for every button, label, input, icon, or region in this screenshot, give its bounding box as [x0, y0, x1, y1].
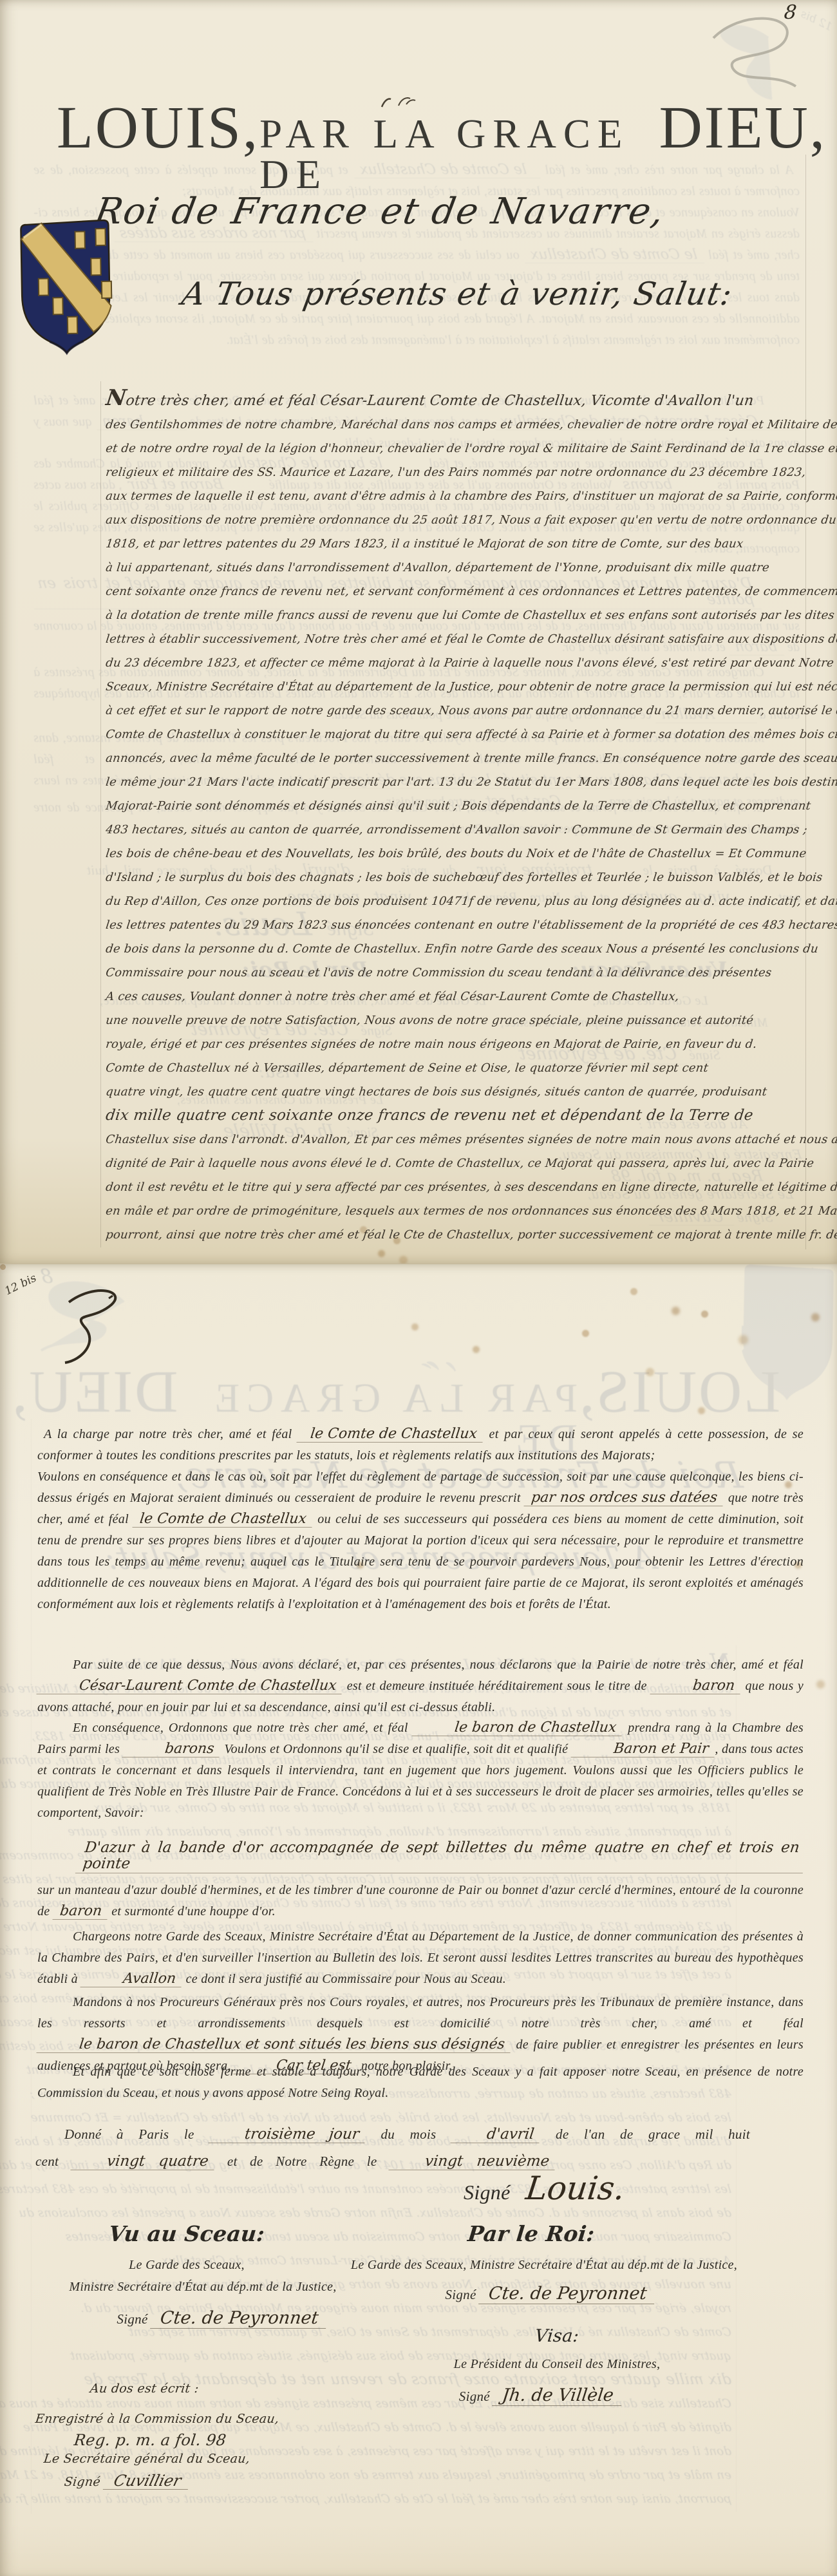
date-line: Donné à Paris le troisième jour du mois … — [35, 2121, 750, 2175]
page-1: 12 bis A la charge par notre très cher, … — [0, 0, 837, 1264]
peyronnet-signature-left: Signé Cte. de Peyronnet — [84, 2309, 361, 2330]
handwritten-insert: vingt quatre — [70, 2154, 216, 2170]
printed-text: Le Secrétaire général du Sceau, — [43, 2452, 251, 2466]
secretaire-sceau: Le Secrétaire général du Sceau, — [43, 2452, 264, 2467]
printed-text: Vu au Sceau: — [108, 2221, 266, 2246]
handwritten-insert: vingt neuvième — [388, 2154, 556, 2170]
president-conseil: Le Président du Conseil des Ministres, — [409, 2356, 705, 2372]
manuscript-line: Comte de Chastellux à constituer le majo… — [104, 723, 812, 746]
chargeons-paragraph: Chargeons notre Garde des Sceaux, Minist… — [37, 1926, 804, 1990]
registration-line: Enregistré à la Commission du Sceau, — [35, 2412, 281, 2427]
manuscript-line: Sceaux, Ministre Secrétaire d'État au dé… — [104, 675, 812, 699]
handwritten-insert: barons — [122, 1741, 222, 1757]
manuscript-line: de bois dans la personne du d. Comte de … — [104, 937, 812, 961]
ordonnons-paragraph: En conséquence, Ordonnons que notre très… — [37, 1718, 804, 1824]
declaration-paragraph: Par suite de ce que dessus, Nous avons d… — [37, 1654, 804, 1718]
manuscript-line: Commissaire pour nous au sceau et l'avis… — [104, 961, 812, 985]
coat-of-arms-chastellux — [17, 219, 115, 355]
manuscript-line: et de notre ordre royal de la légion d'h… — [104, 437, 812, 460]
printed-text: Au dos est écrit : — [89, 2382, 200, 2396]
printed-text: Signé — [464, 2181, 516, 2204]
manuscript-line: annoncés, avec la même faculté de le por… — [104, 746, 812, 770]
title-louis: LOUIS, — [57, 98, 259, 158]
manuscript-line: des Gentilshommes de notre chambre, Maré… — [104, 413, 812, 437]
garde-sceaux-left: Le Garde des Sceaux, — [77, 2257, 296, 2273]
blazon-line: D'azur à la bande d'or accompagnée de se… — [77, 1840, 805, 1873]
printed-text: Enregistré à la Commission du Sceau, — [35, 2412, 280, 2426]
title-dieu: DIEU, — [659, 98, 827, 158]
manuscript-line: royale, érigé et par ces présentes signé… — [104, 1032, 812, 1056]
manuscript-line: dix mille quatre cent soixante onze fran… — [104, 1104, 812, 1128]
handwritten-insert: le baron de Chastellux et sont situés le… — [36, 2037, 512, 2053]
garde-sceaux-right: Le Garde des Sceaux, Ministre Secrétaire… — [348, 2257, 740, 2273]
manuscript-line: le même jour 21 Mars l'acte indicatif pr… — [104, 770, 812, 794]
royal-style-line: Roi de France et de Navarre, — [23, 192, 738, 232]
handwritten-insert: baron — [52, 1904, 109, 1920]
page-1-content: 8 LOUIS, PAR LA GRACE DE DIEU, Roi de Fr… — [0, 0, 837, 1264]
handwritten-insert: Cuvillier — [102, 2472, 191, 2490]
manuscript-line: pourront, ainsi que notre très cher amé … — [104, 1223, 812, 1247]
printed-text: Signé — [459, 2389, 494, 2404]
manuscript-line: 1818, et par lettres patentes du 29 Mars… — [104, 532, 812, 556]
handwritten-insert: Cte. de Peyronnet — [150, 2309, 328, 2329]
ministre-left: Ministre Secrétaire d'État au dép.mt de … — [19, 2279, 386, 2295]
printed-text: et surmonté d'une houppe d'or. — [108, 1904, 276, 1918]
handwritten-insert: Cte. de Peyronnet — [478, 2284, 657, 2304]
et-afin-paragraph: Et afin que ce soit chose ferme et stabl… — [37, 2061, 804, 2104]
manuscript-line: d'Island ; le surplus du bois des chagna… — [104, 866, 812, 889]
handwritten-insert: D'azur à la bande d'or accompagnée de se… — [75, 1840, 807, 1873]
printed-text: Le Président du Conseil des Ministres, — [454, 2357, 661, 2371]
printed-text: Le Garde des Sceaux, — [129, 2258, 245, 2272]
manuscript-line: Comte de Chastellux né à Versailles, dép… — [104, 1056, 812, 1080]
cuvillier-signature: Signé Cuvillier — [63, 2472, 232, 2490]
royal-title: LOUIS, PAR LA GRACE DE DIEU, — [57, 98, 827, 195]
manuscript-line: à cet effet et sur le rapport de notre g… — [104, 699, 812, 723]
printed-text: En conséquence, Ordonnons que notre très… — [73, 1721, 413, 1735]
handwritten-insert: Baron et Pair — [570, 1741, 716, 1757]
handwritten-insert: par nos ordces sus datées — [524, 1490, 725, 1506]
manuscript-line: aux dispositions de notre première ordon… — [104, 508, 812, 532]
manuscript-line: quatre vingt, les quatre cent quatre vin… — [104, 1080, 812, 1104]
royal-signature: Signé Louis. — [412, 2171, 682, 2206]
handwritten-insert: le Comte de Chastellux — [133, 1511, 314, 1528]
printed-text: Donné à Paris le — [64, 2126, 209, 2142]
printed-text: A la charge par notre très cher, amé et … — [44, 1427, 297, 1441]
handwritten-insert: troisième jour — [209, 2126, 367, 2143]
peyronnet-signature-right: Signé Cte. de Peyronnet — [425, 2284, 676, 2306]
printed-text: Le Garde des Sceaux, Ministre Secrétaire… — [351, 2258, 737, 2272]
charge-paragraph: A la charge par notre très cher, amé et … — [37, 1424, 804, 1466]
manuscript-line: Majorat-Pairie sont dénommés et désignés… — [104, 794, 812, 818]
page-2: 8 LOUIS, PAR LA GRACE DE DIEU, Roi de Fr… — [0, 1264, 837, 2576]
printed-text: ce dont il sera justifié au Commissaire … — [182, 1972, 506, 1986]
salutation-line: A Tous présents et à venir, Salut: — [113, 277, 802, 312]
printed-text: Signé — [117, 2311, 151, 2327]
printed-text: Par le Roi: — [467, 2221, 596, 2246]
manuscript-line: dignité de Pair à laquelle nous avons él… — [104, 1151, 812, 1175]
manuscript-line: une nouvelle preuve de notre Satisfactio… — [104, 1009, 812, 1032]
manuscript-line: les lettres patentes du 29 Mars 1823 sus… — [104, 913, 812, 937]
manuscript-line: Chastellux sise dans l'arrondt. d'Avallo… — [104, 1128, 812, 1151]
printed-text: Et afin que ce soit chose ferme et stabl… — [37, 2065, 804, 2100]
manuscript-line: 483 hectares, situés au canton de quarré… — [104, 818, 812, 842]
printed-text: Ministre Secrétaire d'État au dép.mt de … — [69, 2280, 336, 2294]
villele-signature: Signé Jh. de Villèle — [418, 2386, 663, 2407]
voulons-paragraph: Voulons en conséquence et dans le cas où… — [37, 1466, 804, 1615]
vu-au-sceau-title: Vu au Sceau: — [76, 2222, 297, 2246]
p2-blocks: A la charge par notre très cher, amé et … — [0, 1264, 837, 2576]
handwritten-insert: César-Laurent Comte de Chastellux — [36, 1678, 344, 1694]
printed-text: du mois — [366, 2126, 451, 2142]
printed-text: Par suite de ce que dessus, Nous avons d… — [73, 1658, 804, 1672]
handwritten-insert: le Comte de Chastellux — [297, 1426, 485, 1443]
printed-text: Signé — [445, 2287, 480, 2302]
handwritten-insert: le baron de Chastellux — [412, 1720, 624, 1736]
manuscript-line: aux termes de laquelle il est tenu, avan… — [104, 484, 812, 508]
printed-text: Mandons à nos Procureurs Généraux près n… — [37, 1995, 804, 2031]
manteau-paragraph: sur un manteau d'azur doublé d'hermines,… — [37, 1880, 804, 1922]
pencil-paraph — [695, 9, 811, 96]
manuscript-line: du 23 décembre 1823, et affecter ce même… — [104, 651, 812, 675]
manuscript-line: en mâle et par ordre de primogéniture, l… — [104, 1199, 812, 1223]
manuscript-line: A ces causes, Voulant donner à notre trè… — [104, 985, 812, 1009]
manuscript-line: lettres à établir successivement, Notre … — [104, 627, 812, 651]
manuscript-line: à lui appartenant, situés dans l'arrondi… — [104, 556, 812, 580]
letters-patent-scan: 12 bis A la charge par notre très cher, … — [0, 0, 837, 2576]
printed-text: Voulons et Ordonnons qu'il se dise et qu… — [221, 1742, 572, 1756]
handwritten-insert: baron — [650, 1678, 742, 1694]
manuscript-line: du Rep d'Aillon, Ces onze portions de bo… — [104, 889, 812, 913]
handwritten-insert: d'avril — [450, 2126, 541, 2143]
printed-text: et de Notre Règne le — [214, 2154, 390, 2169]
p1-body: Notre très cher, amé et féal César-Laure… — [104, 386, 809, 1247]
manuscript-line: dont il est revêtu et le titre qui y ser… — [104, 1175, 812, 1199]
manuscript-line: les bois de chêne-beau et des Nouvellats… — [104, 842, 812, 866]
left-margin-rule — [100, 381, 101, 1247]
par-le-roi-title: Par le Roi: — [424, 2222, 639, 2246]
handwritten-insert: Jh. de Villèle — [493, 2386, 625, 2406]
handwritten-insert: Avallon — [80, 1971, 183, 1987]
printed-text: Reg. p. m. a fol. 98 — [73, 2431, 227, 2449]
title-par-la-grace: PAR LA GRACE DE — [259, 114, 659, 195]
manuscript-line: cent soixante onze francs de revenu net,… — [104, 580, 812, 603]
page-2-content: 12 bis A la charge par notre très cher, … — [0, 1264, 837, 2576]
visa-title: Visa: — [504, 2327, 609, 2346]
printed-text: est et demeure instituée héréditairement… — [343, 1679, 651, 1693]
manuscript-line: Notre très cher, amé et féal César-Laure… — [104, 386, 812, 413]
printed-text: Signé — [63, 2475, 105, 2489]
handwritten-insert: Louis. — [514, 2171, 634, 2206]
au-dos-label: Au dos est écrit : — [89, 2382, 259, 2396]
printed-text: Visa: — [534, 2326, 579, 2346]
registration-folio: Reg. p. m. a fol. 98 — [73, 2431, 281, 2450]
manuscript-line: religieux et militaire des SS. Maurice e… — [104, 460, 812, 484]
manuscript-line: à la dotation de trente mille francs aus… — [104, 603, 812, 627]
